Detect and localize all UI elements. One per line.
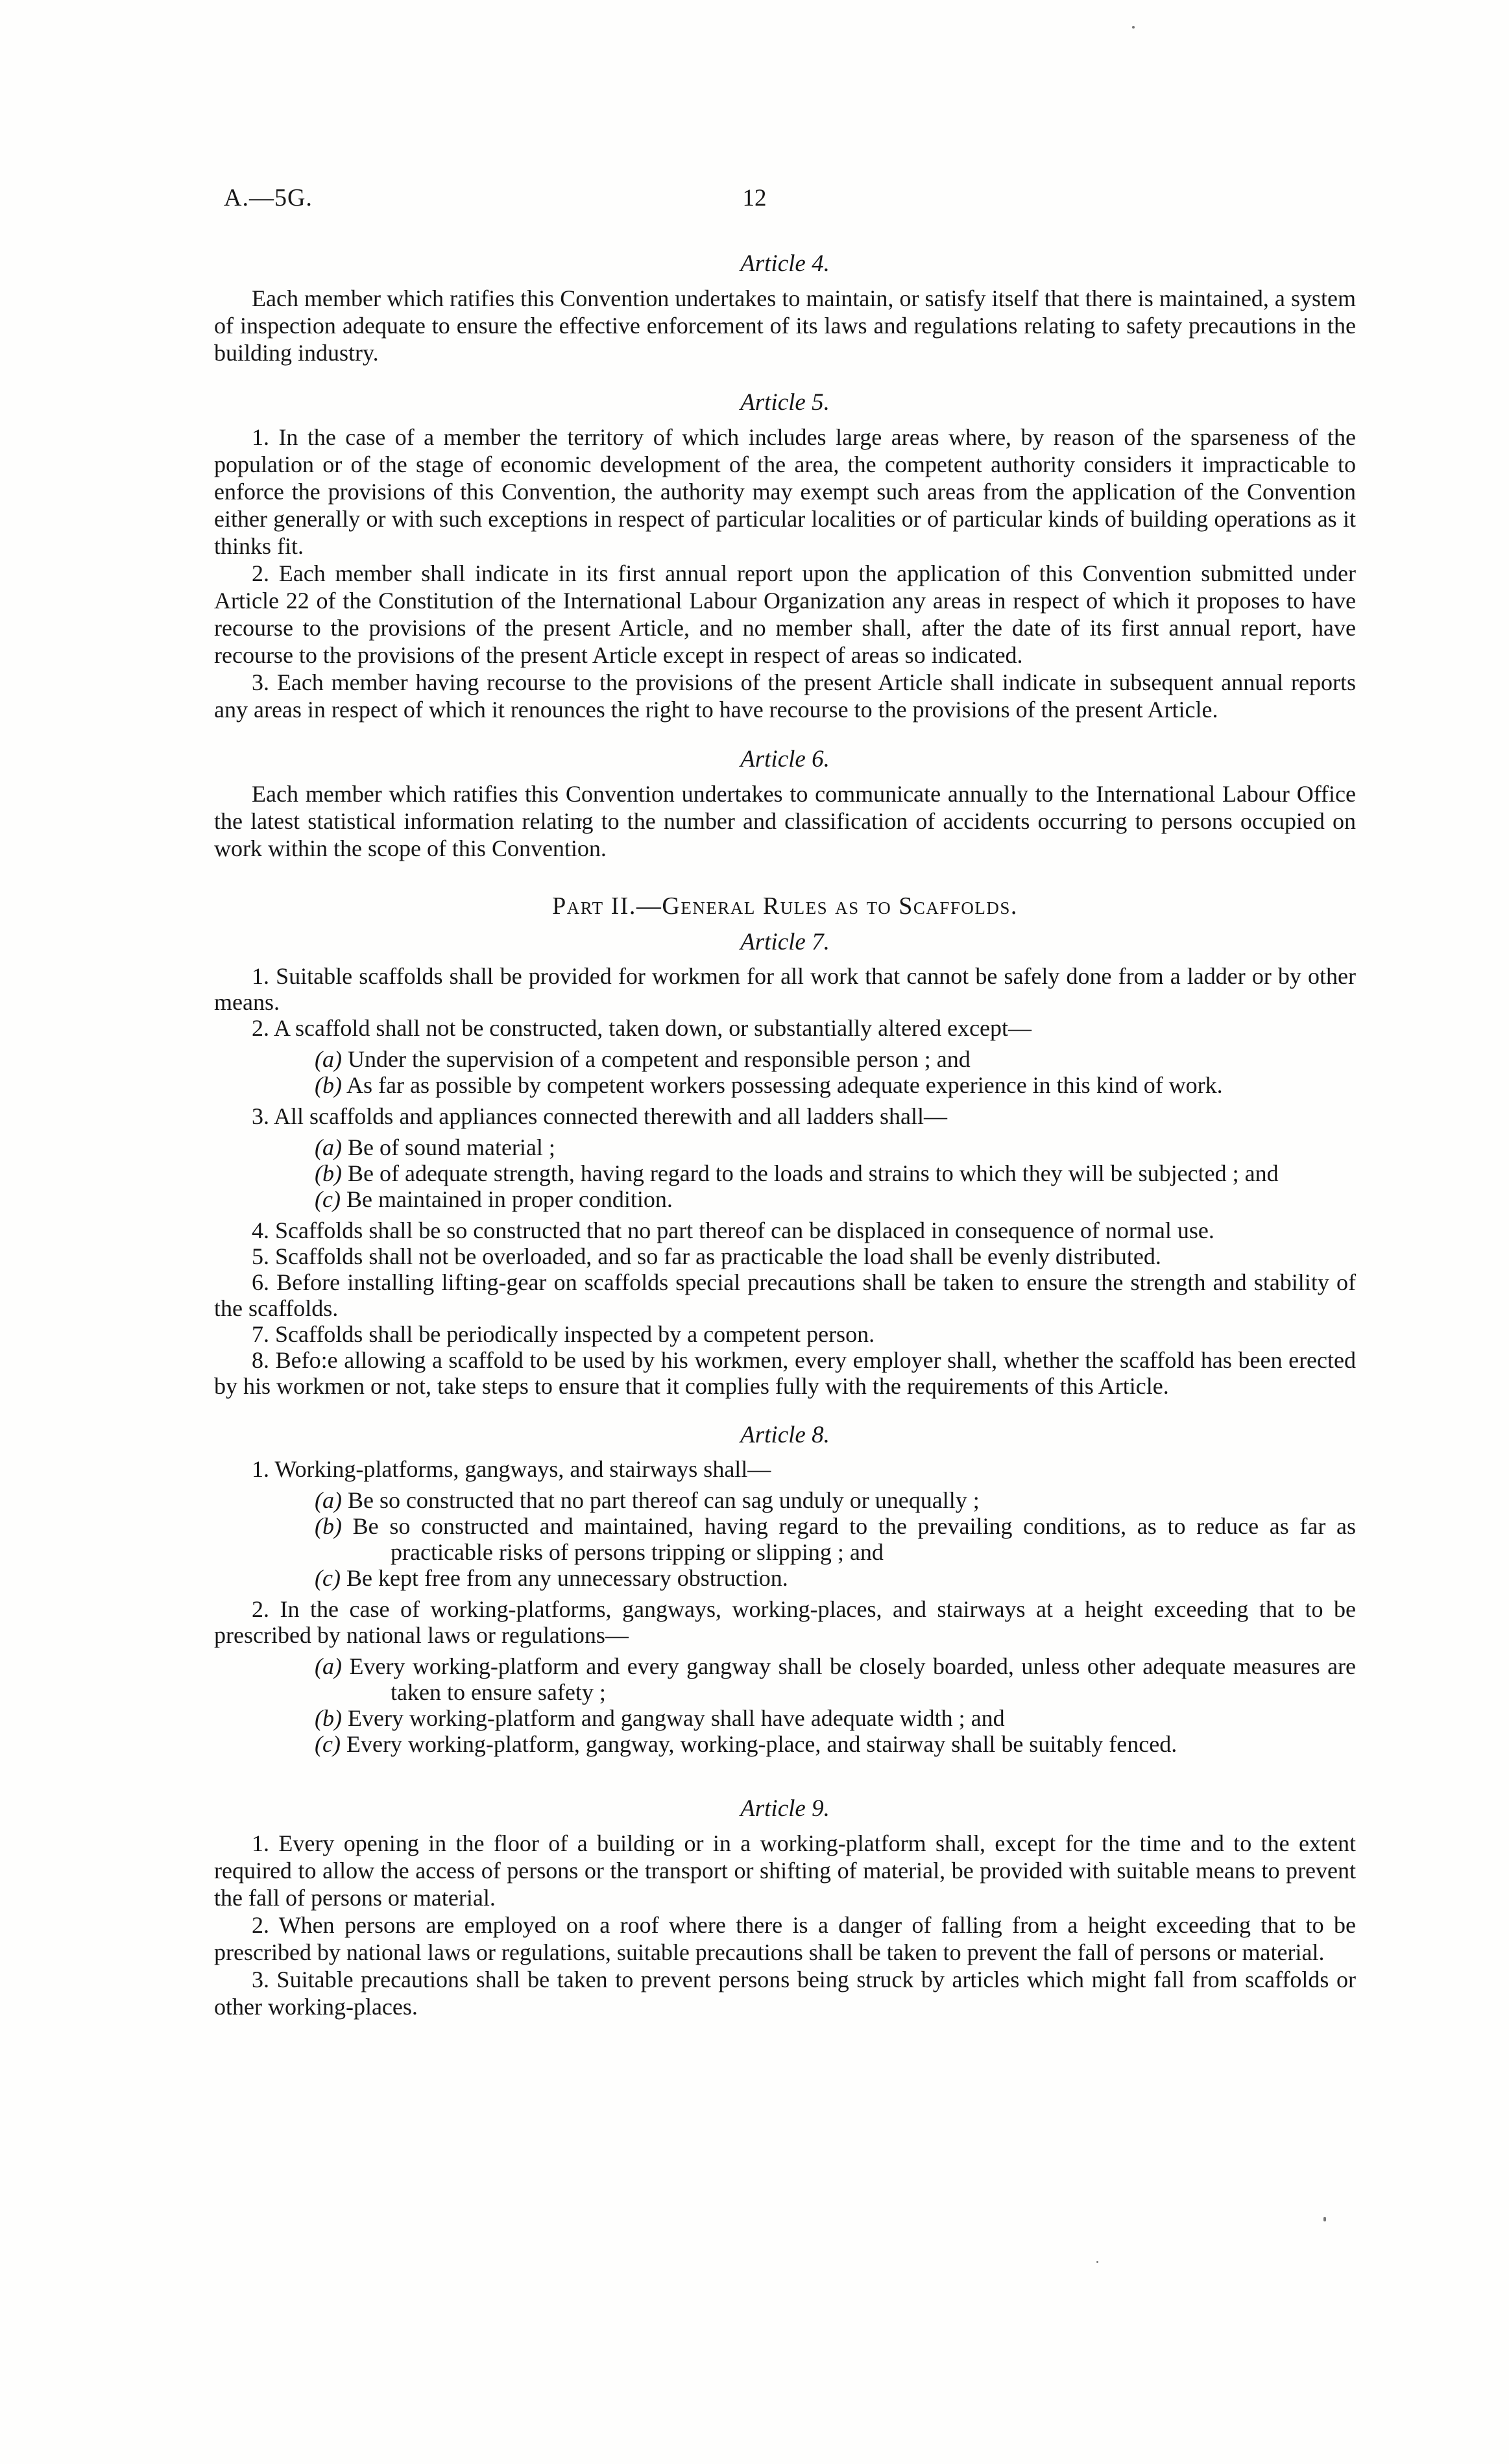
sub-item-marker: (b) [315,1072,342,1098]
sub-item-group: (a) Be so constructed that no part there… [214,1487,1356,1591]
article-heading: Article 7. [214,928,1356,957]
numbered-paragraph: 8. Befo:e allowing a scaffold to be used… [214,1347,1356,1399]
sub-item: (c) Every working-platform, gangway, wor… [214,1731,1356,1757]
document-content: Article 4.Each member which ratifies thi… [214,250,1356,2020]
paragraph: Each member which ratifies this Conventi… [214,780,1356,862]
sub-item-text: Be so constructed and maintained, having… [353,1513,1356,1565]
scanned-document-page: A.—5G. 12 Article 4.Each member which ra… [0,0,1509,2464]
numbered-paragraph: 1. Suitable scaffolds shall be provided … [214,963,1356,1015]
numbered-paragraph: 6. Before installing lifting-gear on sca… [214,1269,1356,1321]
numbered-paragraph: 7. Scaffolds shall be periodically inspe… [214,1321,1356,1347]
paragraph: Each member which ratifies this Conventi… [214,285,1356,366]
sub-item-group: (a) Under the supervision of a competent… [214,1046,1356,1098]
sub-item-text: Be kept free from any unnecessary obstru… [346,1565,788,1591]
sub-item-text: Every working-platform, gangway, working… [346,1731,1177,1757]
article-heading: Article 9. [214,1795,1356,1823]
paragraph: 2. When persons are employed on a roof w… [214,1911,1356,1966]
paragraph: 1. In the case of a member the territory… [214,424,1356,560]
numbered-paragraph: 1. Working-platforms, gangways, and stai… [214,1456,1356,1482]
sub-item: (b) As far as possible by competent work… [214,1072,1356,1098]
sub-item-group: (a) Every working-platform and every gan… [214,1653,1356,1757]
article-heading: Article 4. [214,250,1356,278]
sub-item-text: Be so constructed that no part thereof c… [348,1487,980,1513]
scan-speck [579,819,582,821]
sub-item-text: Be maintained in proper condition. [346,1186,673,1212]
numbered-paragraph: 2. In the case of working-platforms, gan… [214,1596,1356,1648]
sub-item-marker: (a) [315,1653,342,1679]
sub-item-marker: (c) [315,1186,341,1212]
article-heading: Article 6. [214,745,1356,774]
sub-item-marker: (c) [315,1731,341,1757]
page-number: 12 [0,184,1509,213]
paragraph: 1. Every opening in the floor of a build… [214,1830,1356,1911]
scan-speck [1323,2217,1326,2221]
sub-item: (b) Every working-platform and gangway s… [214,1705,1356,1731]
paragraph: 3. Suitable precautions shall be taken t… [214,1966,1356,2020]
sub-item-marker: (b) [315,1705,342,1731]
numbered-paragraph: 5. Scaffolds shall not be overloaded, an… [214,1243,1356,1269]
numbered-paragraph: 2. A scaffold shall not be constructed, … [214,1015,1356,1041]
sub-item-text: Every working-platform and every gangway… [349,1653,1356,1705]
sub-item: (c) Be kept free from any unnecessary ob… [214,1565,1356,1591]
sub-item-text: Be of adequate strength, having regard t… [348,1160,1279,1186]
sub-item-text: Under the supervision of a competent and… [348,1046,971,1072]
paragraph: 3. Each member having recourse to the pr… [214,669,1356,723]
numbered-paragraph: 4. Scaffolds shall be so constructed tha… [214,1217,1356,1243]
sub-item: (b) Be of adequate strength, having rega… [214,1160,1356,1186]
scan-speck [1132,26,1135,29]
sub-item: (c) Be maintained in proper condition. [214,1186,1356,1212]
scan-speck [1096,2261,1098,2263]
part-heading: Part II.—General Rules as to Scaffolds. [214,892,1356,920]
sub-item-marker: (b) [315,1160,342,1186]
sub-item: (a) Every working-platform and every gan… [214,1653,1356,1705]
article-heading: Article 5. [214,389,1356,417]
paragraph: 2. Each member shall indicate in its fir… [214,560,1356,669]
article-heading: Article 8. [214,1421,1356,1450]
sub-item-text: Be of sound material ; [348,1134,555,1160]
sub-item-group: (a) Be of sound material ;(b) Be of adeq… [214,1134,1356,1212]
sub-item-marker: (a) [315,1487,342,1513]
sub-item: (a) Under the supervision of a competent… [214,1046,1356,1072]
numbered-paragraph: 3. All scaffolds and appliances connecte… [214,1103,1356,1129]
sub-item: (a) Be of sound material ; [214,1134,1356,1160]
sub-item-text: Every working-platform and gangway shall… [348,1705,1005,1731]
sub-item: (b) Be so constructed and maintained, ha… [214,1513,1356,1565]
sub-item-marker: (a) [315,1046,342,1072]
sub-item-text: As far as possible by competent workers … [346,1072,1223,1098]
sub-item-marker: (a) [315,1134,342,1160]
sub-item-marker: (b) [315,1513,342,1539]
sub-item: (a) Be so constructed that no part there… [214,1487,1356,1513]
sub-item-marker: (c) [315,1565,341,1591]
